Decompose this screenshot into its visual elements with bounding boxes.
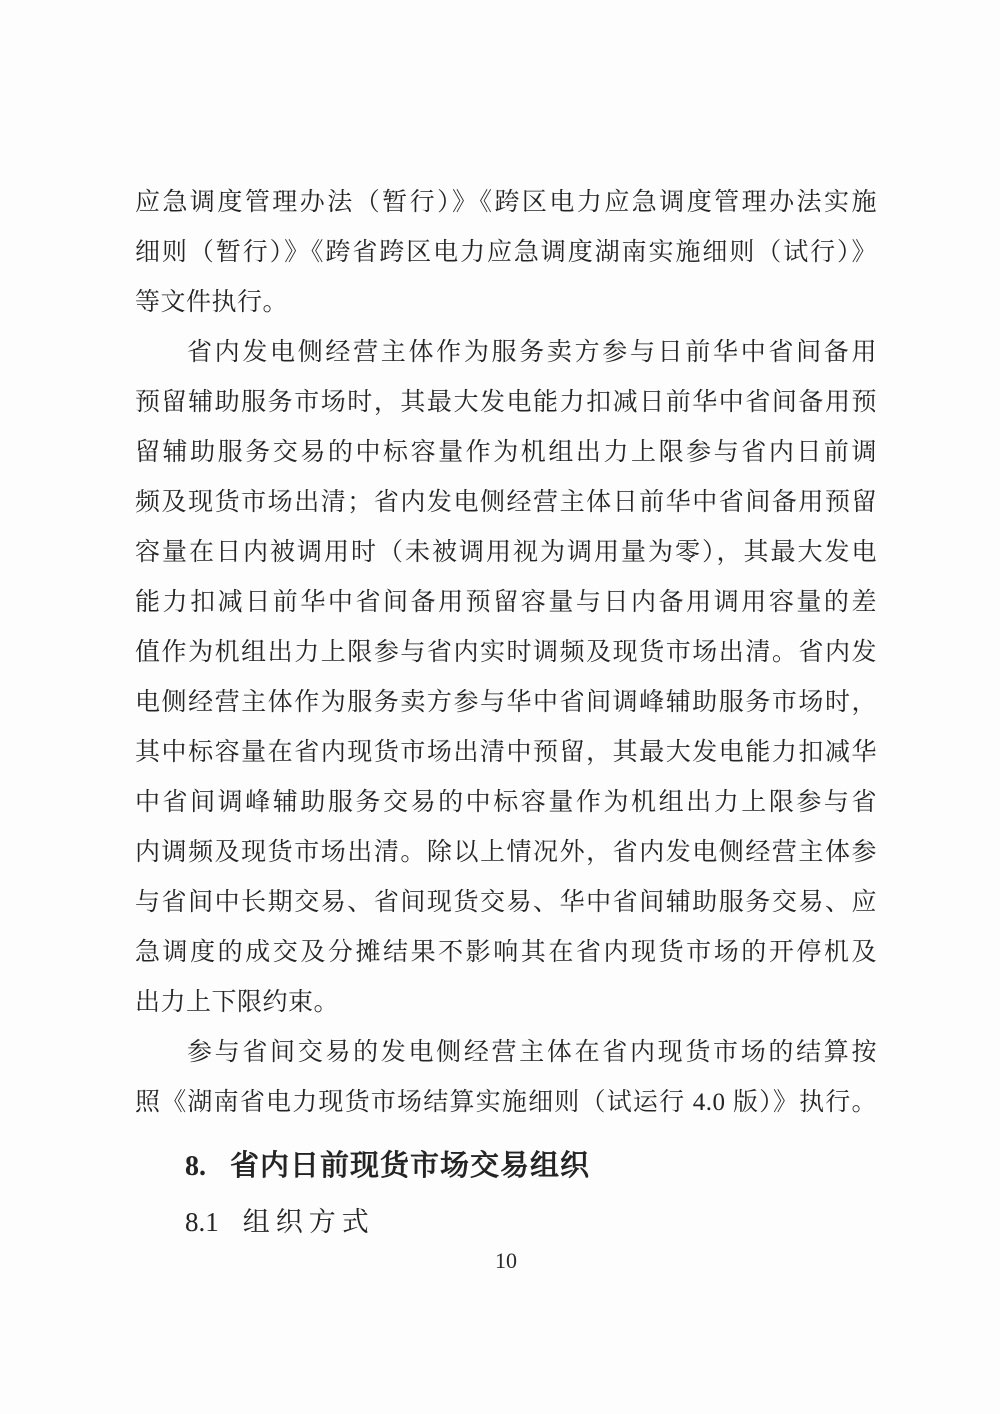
body-line: 出力上下限约束。 bbox=[135, 978, 877, 1028]
body-line: 等文件执行。 bbox=[135, 278, 877, 328]
body-line: 内调频及现货市场出清。除以上情况外，省内发电侧经营主体参 bbox=[135, 828, 877, 878]
section-heading-title: 省内日前现货市场交易组织 bbox=[230, 1150, 590, 1182]
body-line: 与省间中长期交易、省间现货交易、华中省间辅助服务交易、应 bbox=[135, 878, 877, 928]
body-line: 频及现货市场出清；省内发电侧经营主体日前华中省间备用预留 bbox=[135, 478, 877, 528]
section-heading-number: 8. bbox=[185, 1151, 206, 1182]
document-page: 应急调度管理办法（暂行）》《跨区电力应急调度管理办法实施细则（暂行）》《跨省跨区… bbox=[0, 0, 1000, 1414]
body-line: 应急调度管理办法（暂行）》《跨区电力应急调度管理办法实施 bbox=[135, 178, 877, 228]
body-line: 预留辅助服务市场时，其最大发电能力扣减日前华中省间备用预 bbox=[135, 378, 877, 428]
body-line: 中省间调峰辅助服务交易的中标容量作为机组出力上限参与省 bbox=[135, 778, 877, 828]
body-text: 应急调度管理办法（暂行）》《跨区电力应急调度管理办法实施细则（暂行）》《跨省跨区… bbox=[135, 178, 877, 1128]
body-line: 其中标容量在省内现货市场出清中预留，其最大发电能力扣减华 bbox=[135, 728, 877, 778]
body-line: 电侧经营主体作为服务卖方参与华中省间调峰辅助服务市场时， bbox=[135, 678, 877, 728]
body-line: 细则（暂行）》《跨省跨区电力应急调度湖南实施细则（试行）》 bbox=[135, 228, 877, 278]
body-line: 参与省间交易的发电侧经营主体在省内现货市场的结算按 bbox=[135, 1028, 877, 1078]
body-line: 值作为机组出力上限参与省内实时调频及现货市场出清。省内发 bbox=[135, 628, 877, 678]
page-number: 10 bbox=[135, 1248, 877, 1274]
body-line: 照《湖南省电力现货市场结算实施细则（试运行 4.0 版）》执行。 bbox=[135, 1078, 877, 1128]
body-line: 省内发电侧经营主体作为服务卖方参与日前华中省间备用 bbox=[135, 328, 877, 378]
sub-heading-number: 8.1 bbox=[185, 1207, 219, 1237]
body-line: 容量在日内被调用时（未被调用视为调用量为零），其最大发电 bbox=[135, 528, 877, 578]
body-line: 能力扣减日前华中省间备用预留容量与日内备用调用容量的差 bbox=[135, 578, 877, 628]
body-line: 急调度的成交及分摊结果不影响其在省内现货市场的开停机及 bbox=[135, 928, 877, 978]
sub-heading: 8.1组织方式 bbox=[185, 1196, 375, 1248]
sub-heading-title: 组织方式 bbox=[243, 1207, 375, 1237]
section-heading: 8.省内日前现货市场交易组织 bbox=[185, 1140, 590, 1192]
body-line: 留辅助服务交易的中标容量作为机组出力上限参与省内日前调 bbox=[135, 428, 877, 478]
